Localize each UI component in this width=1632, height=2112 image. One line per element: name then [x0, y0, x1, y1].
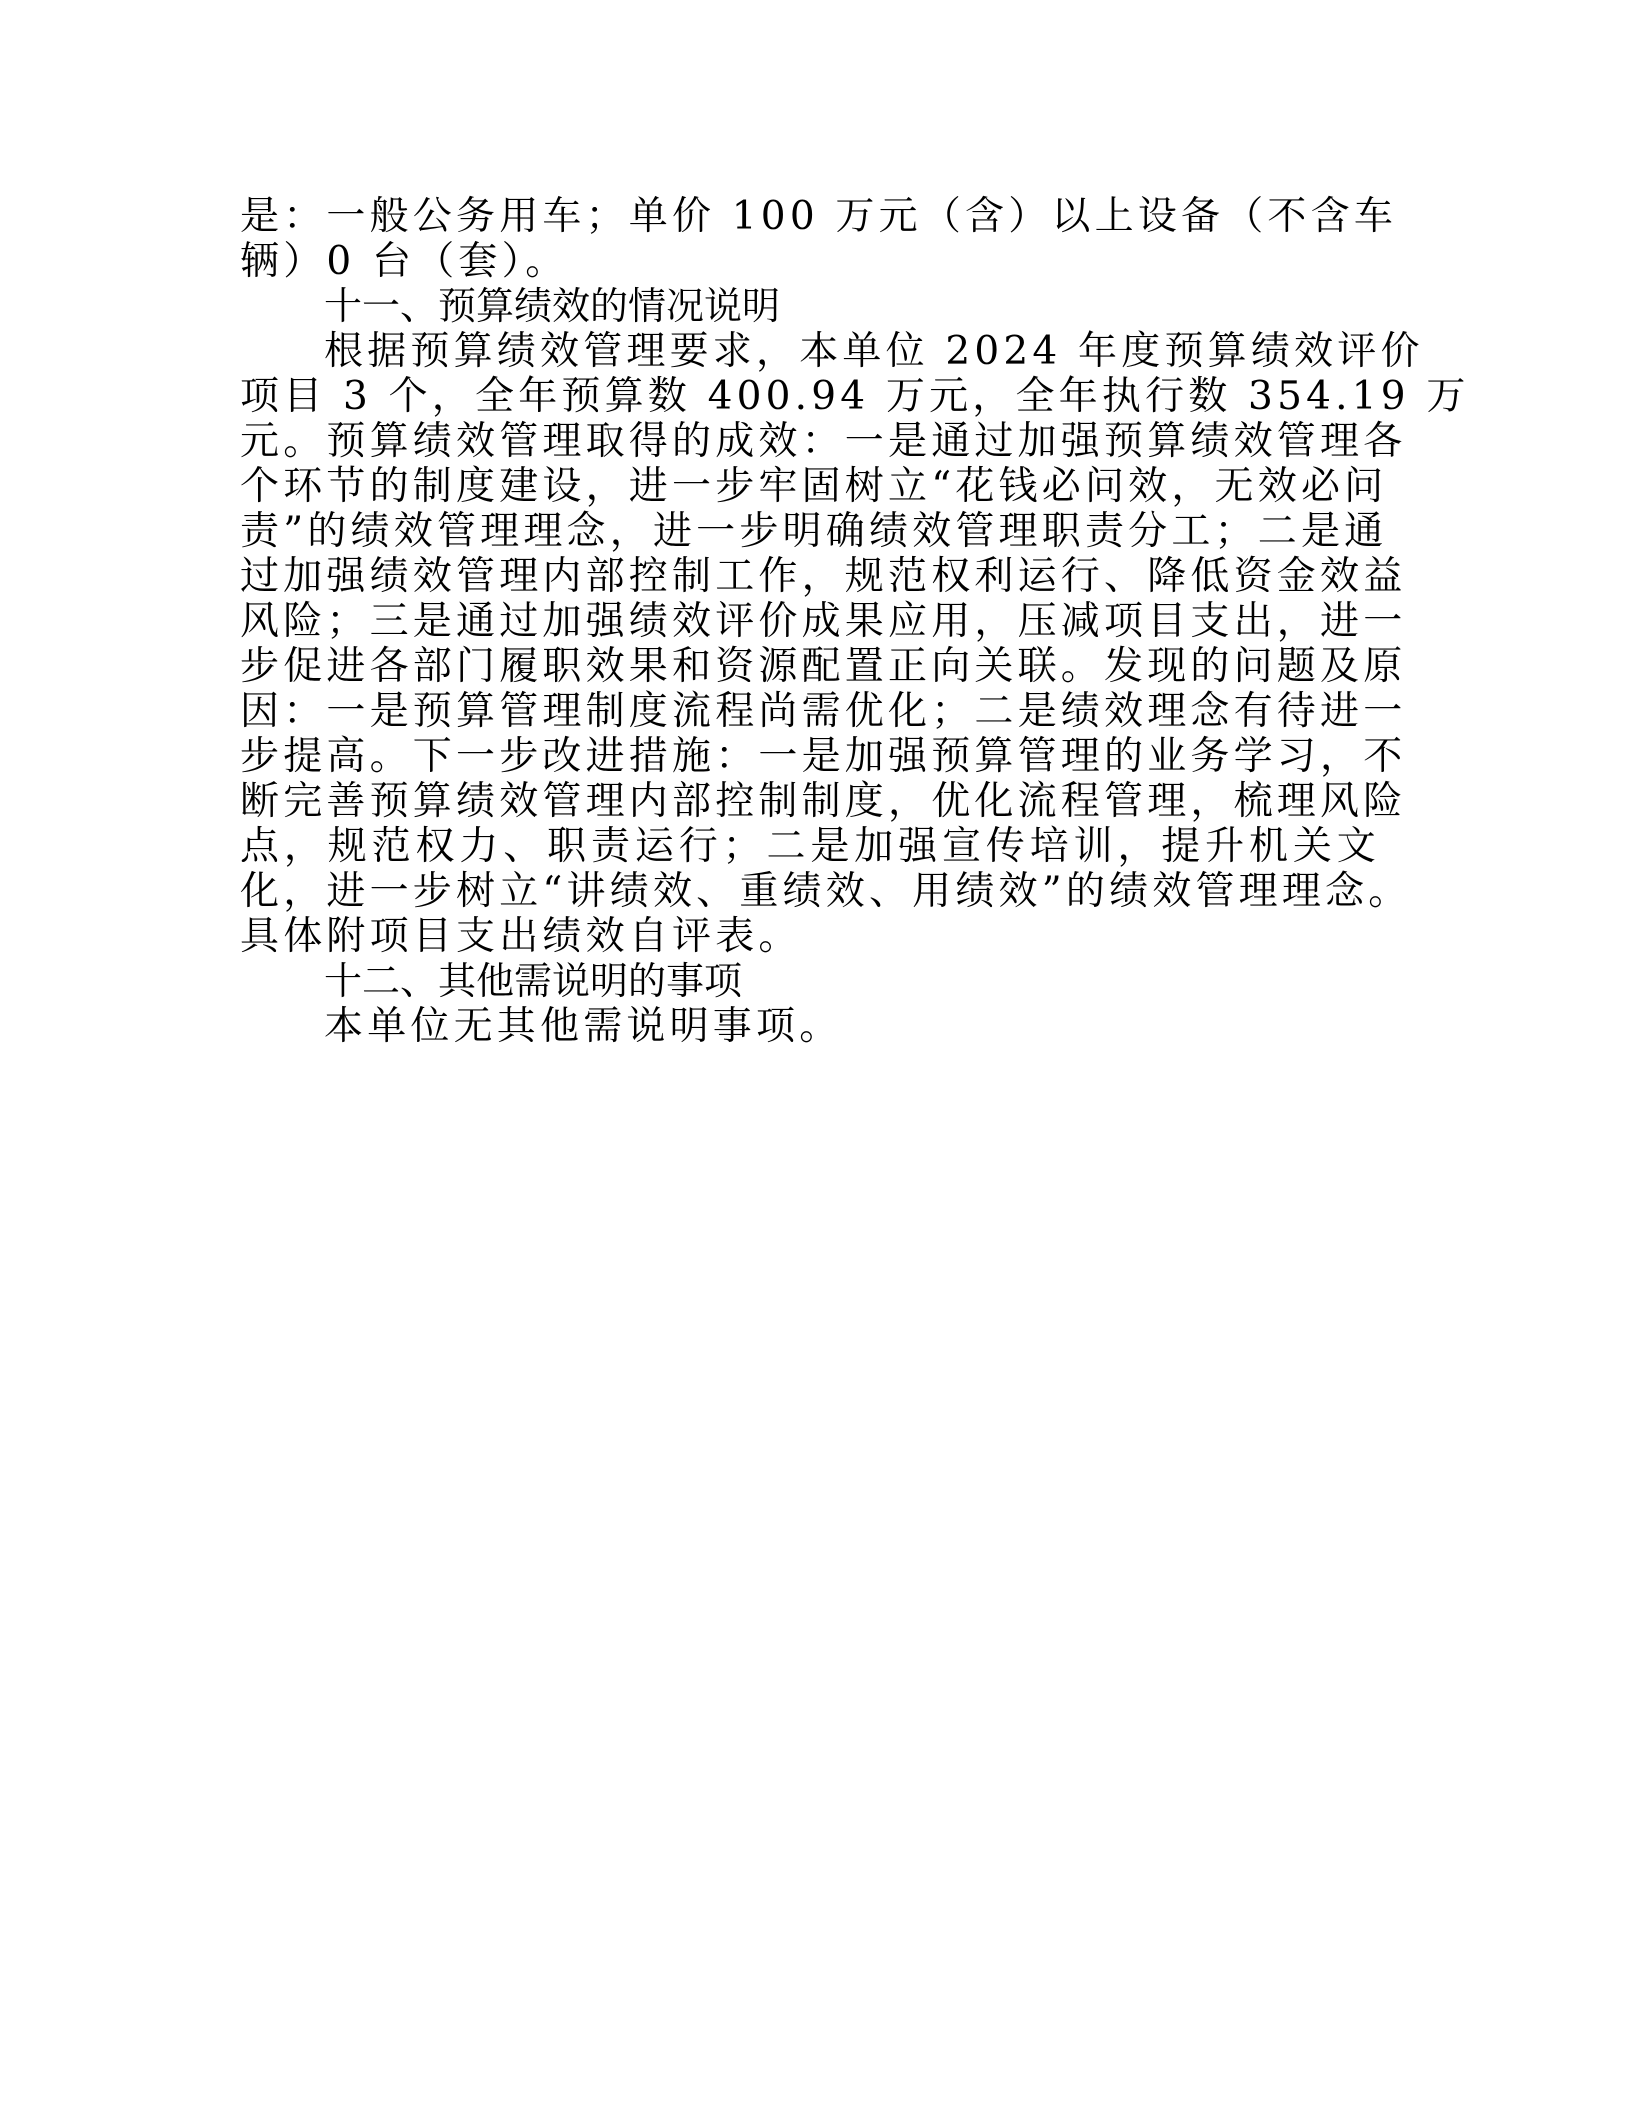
section-heading-12: 十二、其他需说明的事项 [240, 959, 1380, 1004]
body-text-line: 个环节的制度建设，进一步牢固树立“花钱必问效，无效必问 [240, 464, 1380, 509]
body-text-line: 过加强绩效管理内部控制工作，规范权利运行、降低资金效益 [240, 554, 1380, 599]
body-text-line: 项目 3 个，全年预算数 400.94 万元，全年执行数 354.19 万 [240, 374, 1380, 419]
body-text-line: 根据预算绩效管理要求，本单位 2024 年度预算绩效评价 [240, 329, 1380, 374]
body-text-line: 是：一般公务用车；单价 100 万元（含）以上设备（不含车 [240, 194, 1380, 239]
body-text-line: 步促进各部门履职效果和资源配置正向关联。发现的问题及原 [240, 644, 1380, 689]
body-text-line: 风险；三是通过加强绩效评价成果应用，压减项目支出，进一 [240, 599, 1380, 644]
document-page: 是：一般公务用车；单价 100 万元（含）以上设备（不含车 辆）0 台（套）。 … [240, 194, 1380, 1049]
body-text-line: 元。预算绩效管理取得的成效：一是通过加强预算绩效管理各 [240, 419, 1380, 464]
body-text-line: 辆）0 台（套）。 [240, 239, 1380, 284]
body-text-line: 步提高。下一步改进措施：一是加强预算管理的业务学习，不 [240, 734, 1380, 779]
body-text-line: 因：一是预算管理制度流程尚需优化；二是绩效理念有待进一 [240, 689, 1380, 734]
body-text-line: 责”的绩效管理理念，进一步明确绩效管理职责分工；二是通 [240, 509, 1380, 554]
body-text-line: 具体附项目支出绩效自评表。 [240, 914, 1380, 959]
body-text-line: 点，规范权力、职责运行；二是加强宣传培训，提升机关文 [240, 824, 1380, 869]
body-text-line: 本单位无其他需说明事项。 [240, 1004, 1380, 1049]
body-text-line: 断完善预算绩效管理内部控制制度，优化流程管理，梳理风险 [240, 779, 1380, 824]
body-text-line: 化，进一步树立“讲绩效、重绩效、用绩效”的绩效管理理念。 [240, 869, 1380, 914]
section-heading-11: 十一、预算绩效的情况说明 [240, 284, 1380, 329]
